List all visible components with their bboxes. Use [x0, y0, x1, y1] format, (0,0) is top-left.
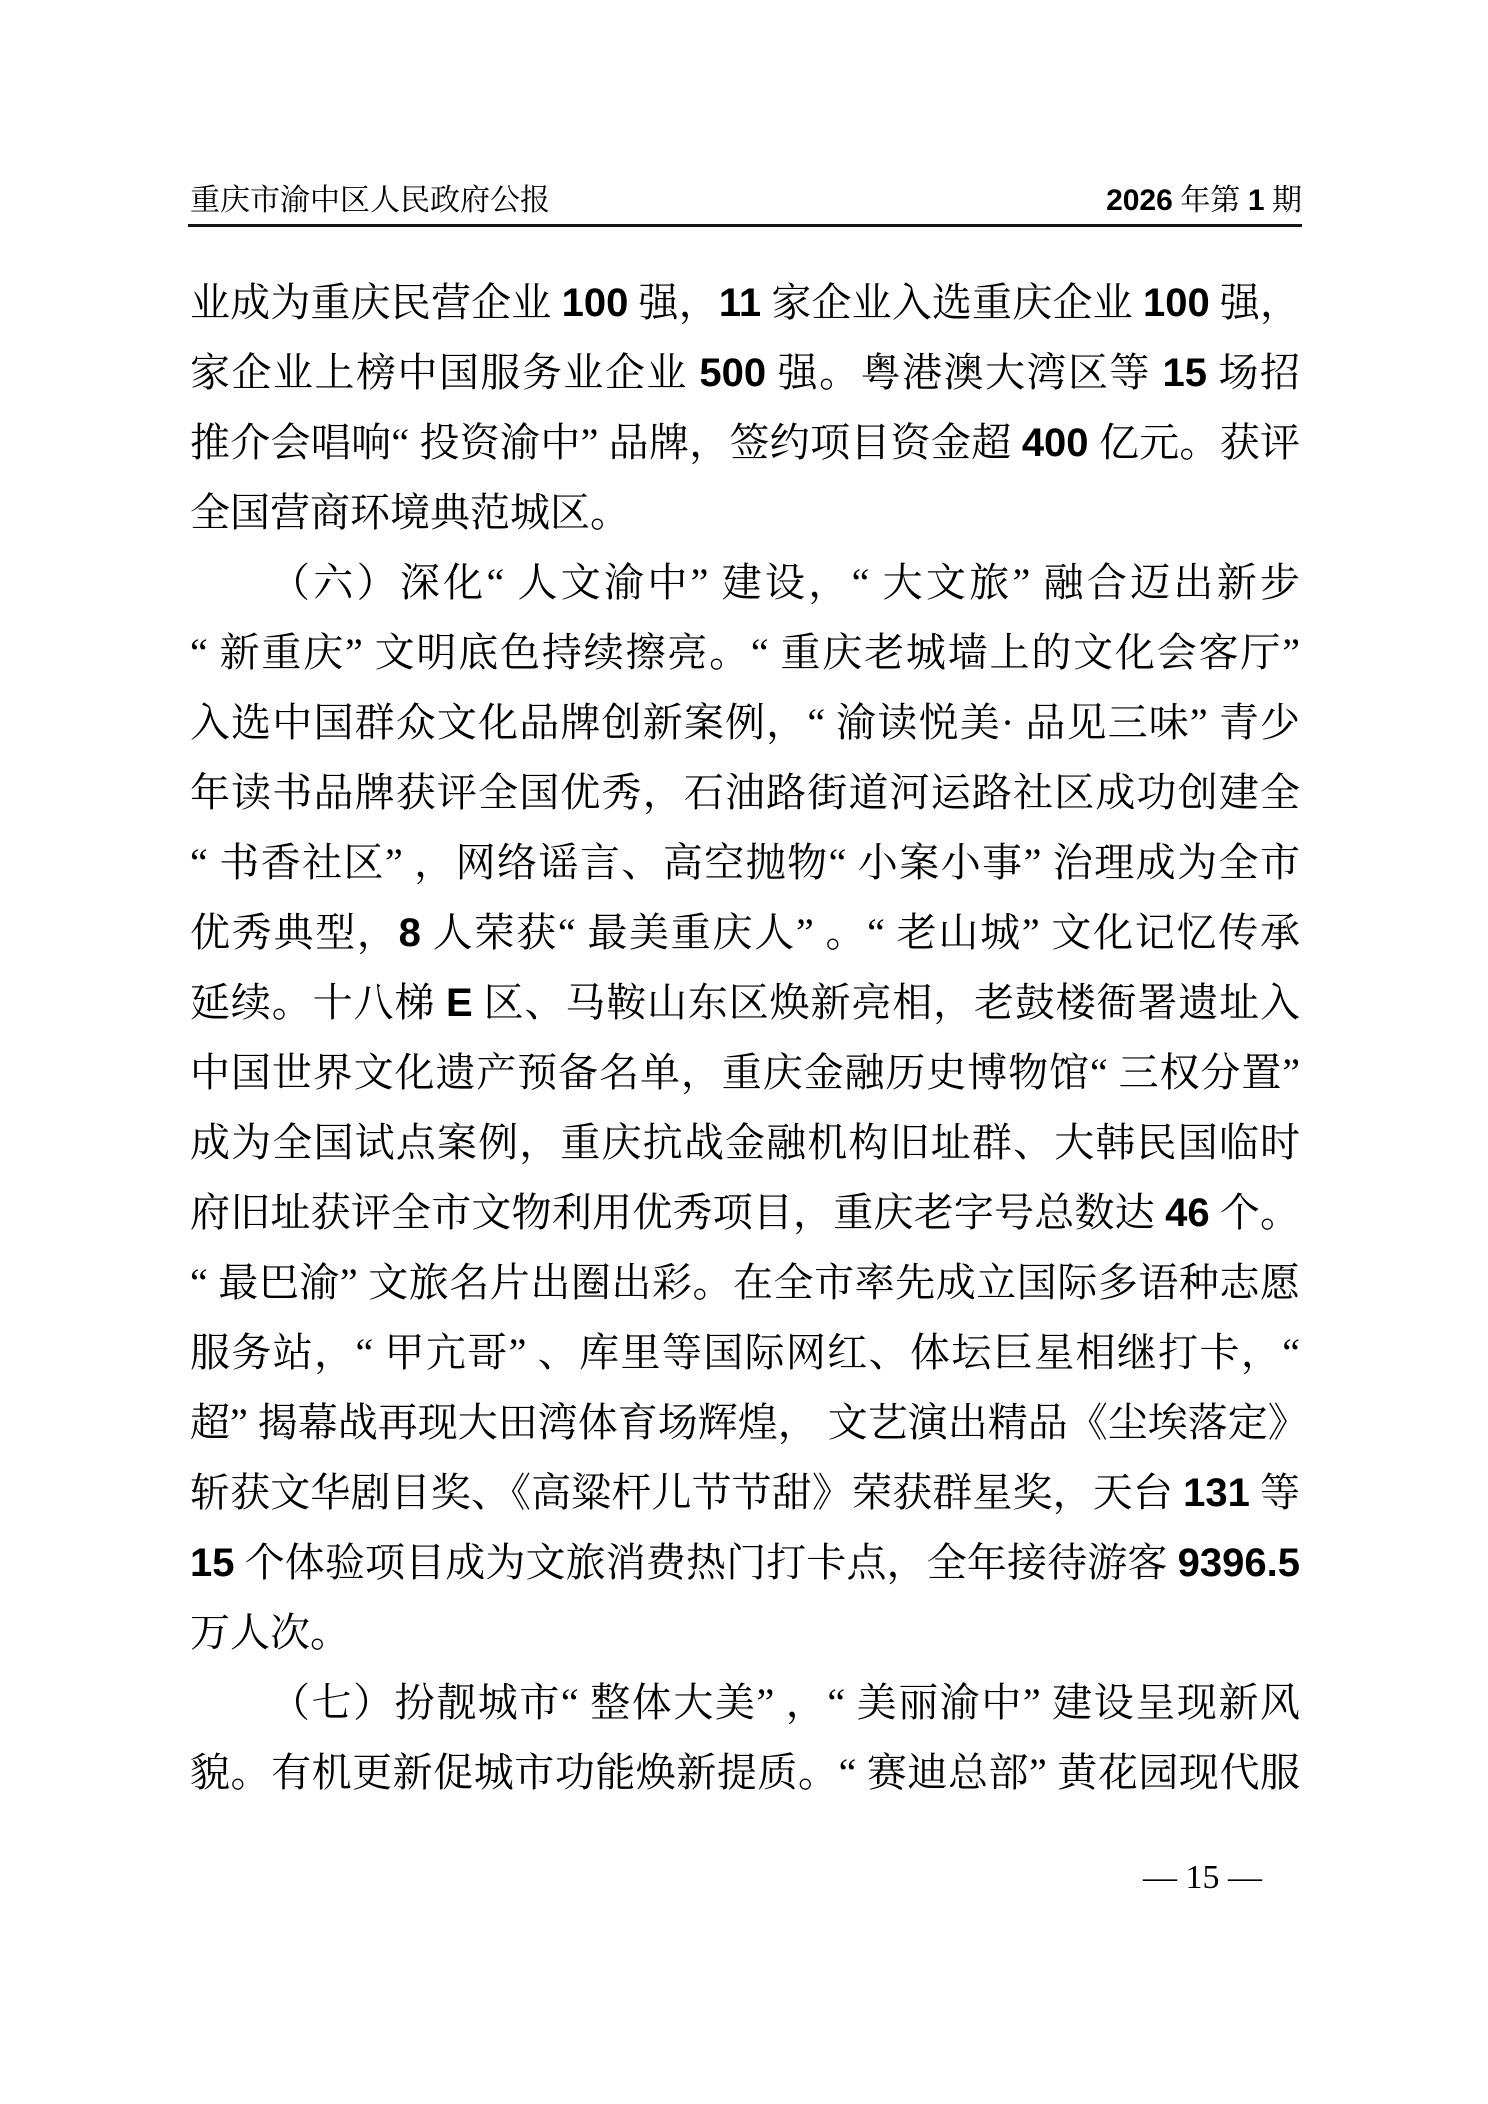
- text-line: 全国营商环境典范城区。: [190, 478, 1300, 548]
- text-line: 服务站，“ 甲亢哥” 、库里等国际网红、体坛巨星相继打卡，“ 渝: [190, 1318, 1300, 1388]
- text-line: 15 个体验项目成为文旅消费热门打卡点，全年接待游客 9396.5: [190, 1528, 1300, 1598]
- text-line: 成为全国试点案例，重庆抗战金融机构旧址群、大韩民国临时政: [190, 1108, 1300, 1178]
- text-line: “ 书香社区” ，网络谣言、高空抛物“ 小案小事” 治理成为全市: [190, 828, 1300, 898]
- header-rule: [188, 224, 1302, 227]
- page-number: — 15 —: [1143, 1859, 1262, 1896]
- text-line: 推介会唱响“ 投资渝中” 品牌，签约项目资金超 400 亿元。获评: [190, 408, 1300, 478]
- text-line: 超” 揭幕战再现大田湾体育场辉煌， 文艺演出精品《尘埃落定》: [190, 1388, 1300, 1458]
- document-body: 业成为重庆民营企业 100 强，11 家企业入选重庆企业 100 强，4家企业上…: [190, 268, 1300, 1808]
- page-footer: — 15 —: [1143, 1856, 1262, 1900]
- text-line: 家企业上榜中国服务业企业 500 强。粤港澳大湾区等 15 场招商: [190, 338, 1300, 408]
- text-line: 优秀典型，8 人荣获“ 最美重庆人” 。“ 老山城” 文化记忆传承: [190, 898, 1300, 968]
- text-line: “ 新重庆” 文明底色持续擦亮。“ 重庆老城墙上的文化会客厅”: [190, 618, 1300, 688]
- gazette-page: 重庆市渝中区人民政府公报 2026 年第 1 期 业成为重庆民营企业 100 强…: [0, 0, 1488, 2104]
- text-line: 中国世界文化遗产预备名单，重庆金融历史博物馆“ 三权分置”: [190, 1038, 1300, 1108]
- text-line: 入选中国群众文化品牌创新案例，“ 渝读悦美· 品见三味” 青少: [190, 688, 1300, 758]
- text-line: 斩获文华剧目奖、《高粱杆儿节节甜》荣获群星奖，天台 131 等: [190, 1458, 1300, 1528]
- header-publication-title: 重庆市渝中区人民政府公报: [190, 182, 550, 220]
- text-line: 业成为重庆民营企业 100 强，11 家企业入选重庆企业 100 强，4: [190, 268, 1300, 338]
- text-line: 万人次。: [190, 1598, 1300, 1668]
- text-line: （七）扮靓城市“ 整体大美” ，“ 美丽渝中” 建设呈现新风: [190, 1668, 1300, 1738]
- page-header: 重庆市渝中区人民政府公报 2026 年第 1 期: [190, 182, 1302, 220]
- text-line: 延续。十八梯 E 区、马鞍山东区焕新亮相，老鼓楼衙署遗址入选: [190, 968, 1300, 1038]
- text-line: 年读书品牌获评全国优秀，石油路街道河运路社区成功创建全国: [190, 758, 1300, 828]
- text-line: “ 最巴渝” 文旅名片出圈出彩。在全市率先成立国际多语种志愿: [190, 1248, 1300, 1318]
- header-issue-number: 2026 年第 1 期: [1106, 182, 1302, 220]
- text-line: 府旧址获评全市文物利用优秀项目，重庆老字号总数达 46 个。: [190, 1178, 1300, 1248]
- text-line: 貌。有机更新促城市功能焕新提质。“ 赛迪总部” 黄花园现代服: [190, 1738, 1300, 1808]
- text-line: （六）深化“ 人文渝中” 建设，“ 大文旅” 融合迈出新步伐。: [190, 548, 1300, 618]
